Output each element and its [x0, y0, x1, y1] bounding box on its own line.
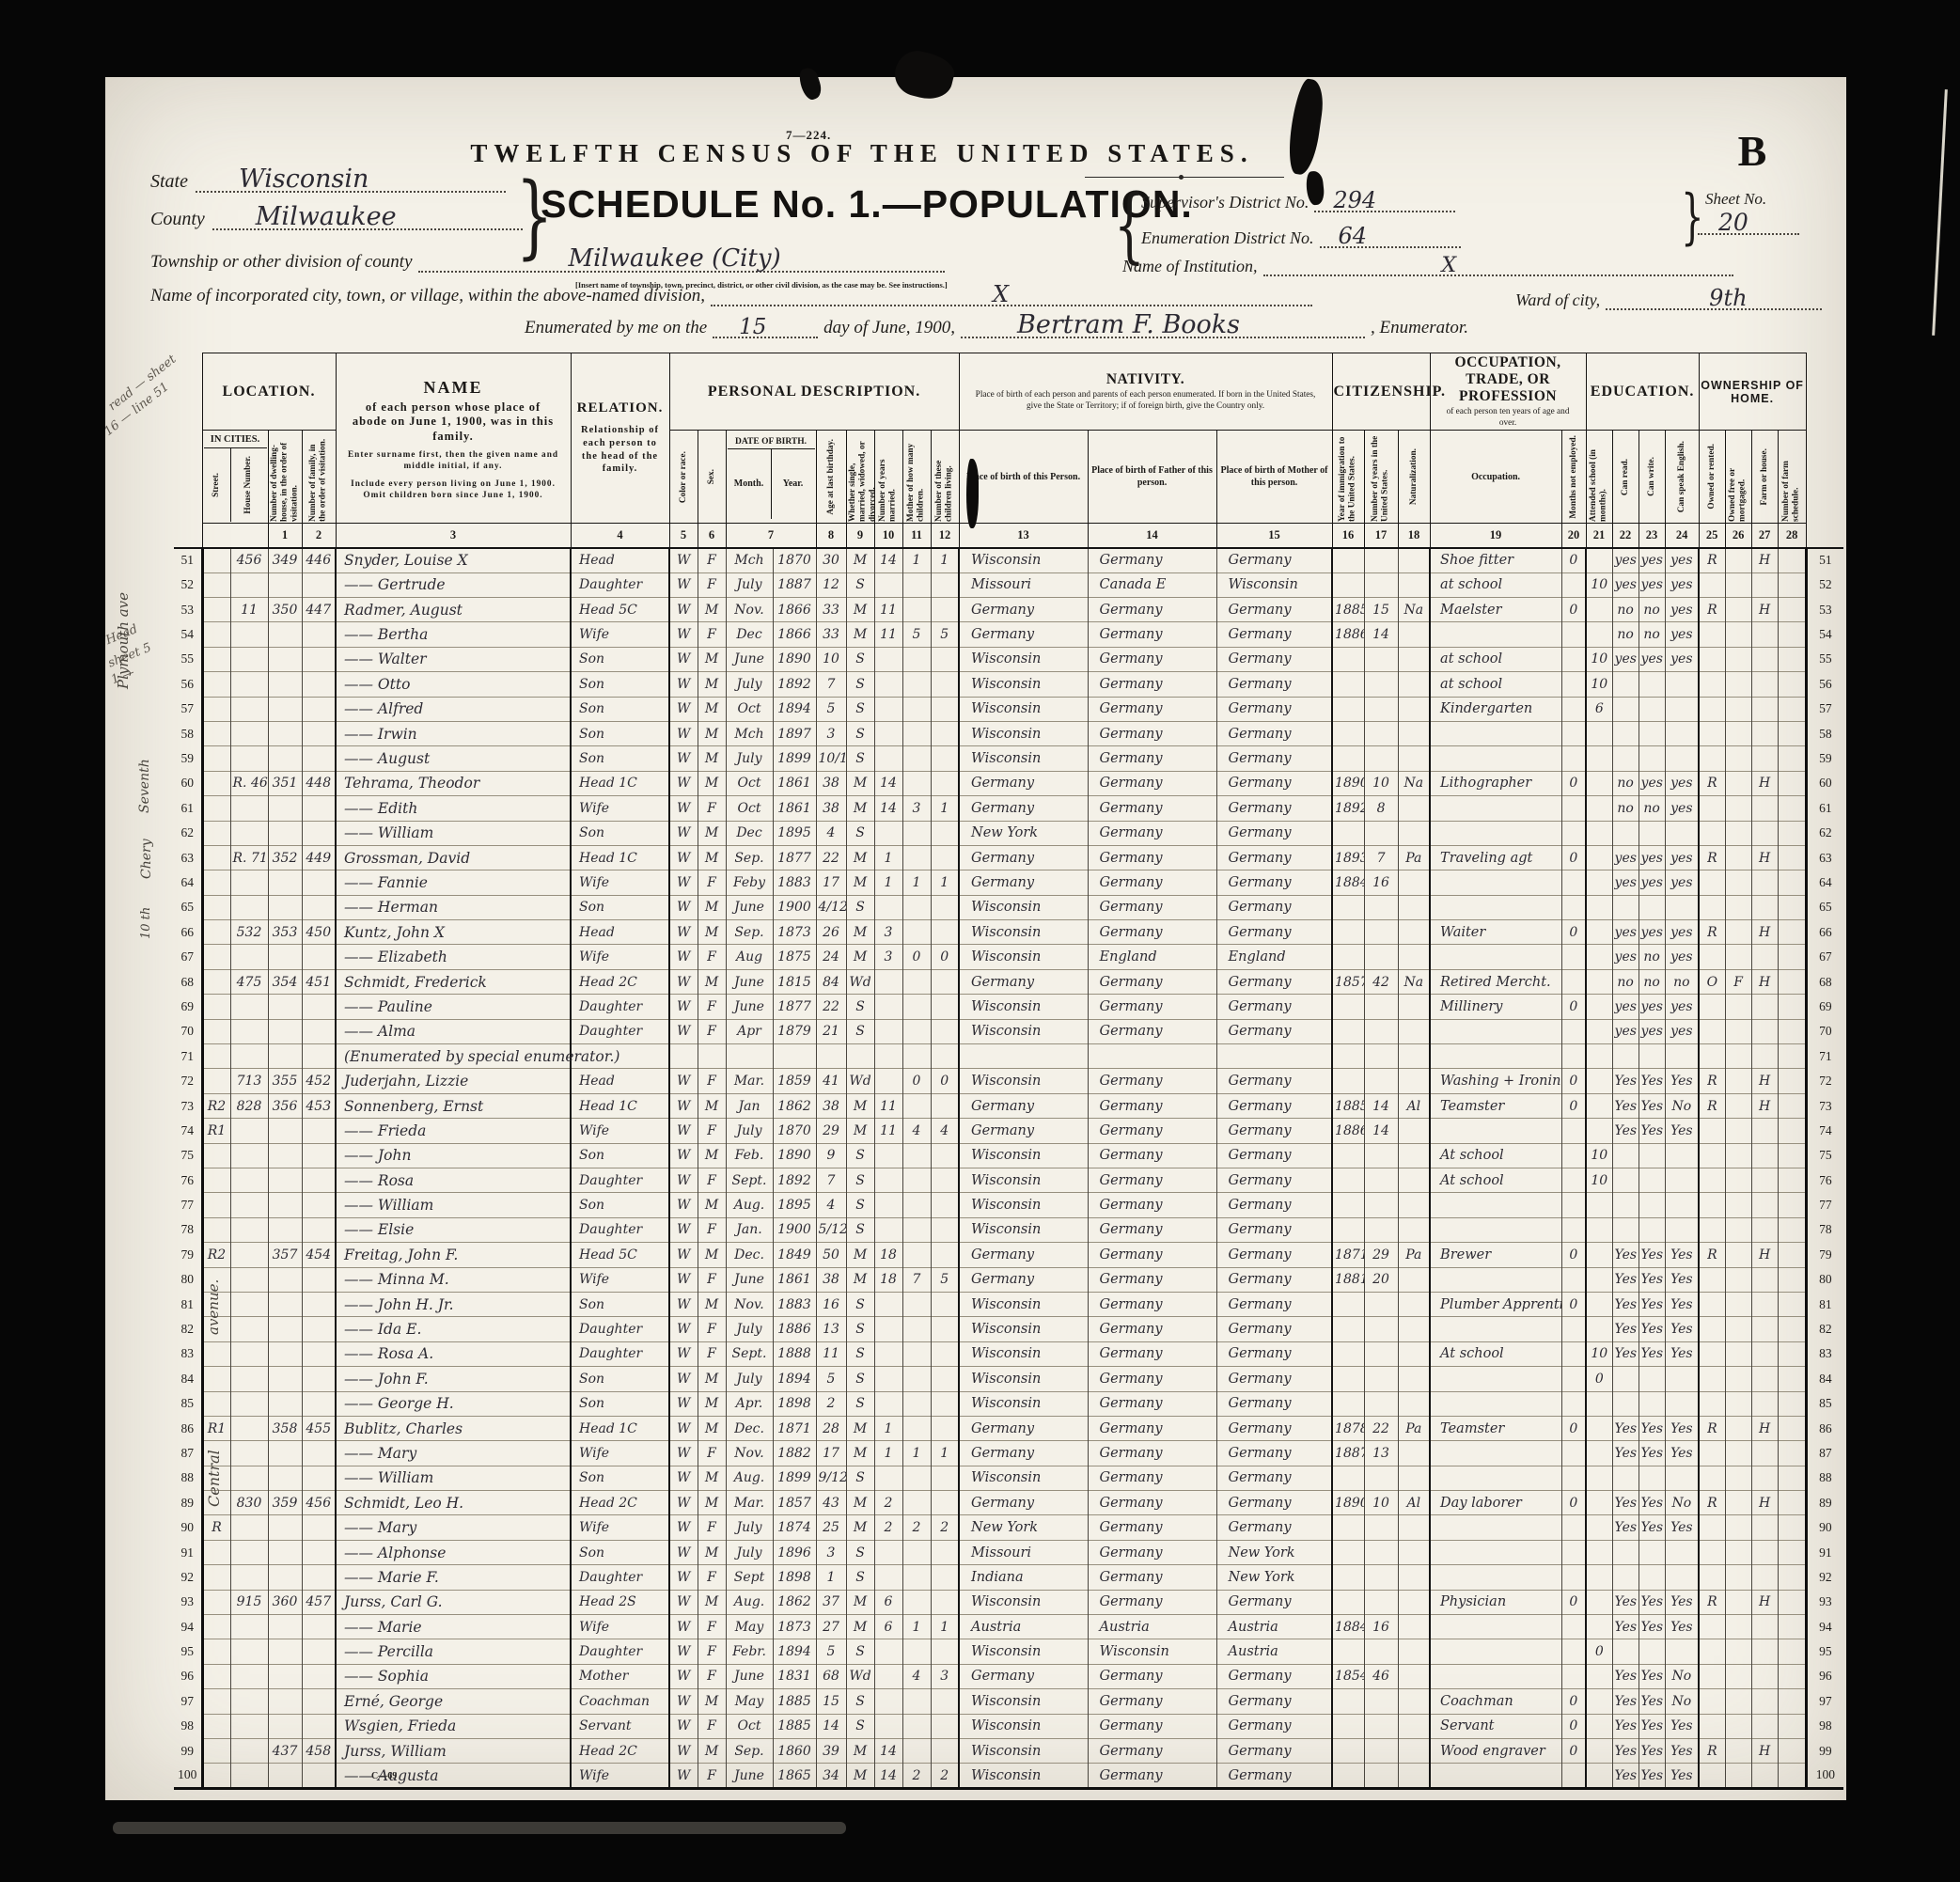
cell-cr: W [669, 1615, 698, 1639]
cell-rl: Daughter [571, 1317, 669, 1341]
cell-pm: England [1216, 945, 1332, 969]
cell-en: yes [1665, 870, 1699, 895]
cell-wr [1639, 1367, 1665, 1391]
cell-cr: W [669, 1590, 698, 1614]
cell-oc: at school [1430, 572, 1561, 597]
cell-ln: 100 [1806, 1764, 1843, 1788]
cell-yu: 46 [1364, 1664, 1398, 1688]
cell-ym [874, 995, 902, 1019]
cell-pb: Germany [959, 1416, 1088, 1440]
cell-hn [230, 1714, 268, 1738]
cell-pm: Germany [1216, 1441, 1332, 1466]
cell-oc: Waiter [1430, 920, 1561, 945]
cell-or [1699, 1292, 1725, 1316]
enumeration-district-line: 64 [1320, 227, 1461, 248]
cell-im: 1893 [1332, 845, 1364, 870]
cell-mc [902, 969, 931, 994]
cell-pb: Wisconsin [959, 746, 1088, 771]
cell-ym: 1 [874, 1441, 902, 1466]
cell-mo: June [726, 1664, 773, 1688]
table-row: 72713355452Juderjahn, LizzieHeadWFMar.18… [174, 1069, 1843, 1093]
census-rows: 51456349446Snyder, Louise XHeadWFMch1870… [174, 548, 1843, 1789]
cell-na [1398, 1441, 1430, 1466]
cell-ym [874, 1069, 902, 1093]
cell-nm: —— William [336, 821, 571, 845]
cell-wr [1639, 1466, 1665, 1490]
institution-line: X [1263, 256, 1733, 276]
cell-mo: Nov. [726, 598, 773, 622]
cell-of [1725, 1540, 1751, 1564]
cell-or [1699, 1367, 1725, 1391]
cell-pm: Germany [1216, 1143, 1332, 1168]
cell-ln: 73 [174, 1093, 202, 1118]
cell-en: yes [1665, 771, 1699, 795]
cell-ln: 74 [1806, 1119, 1843, 1143]
cell-ln: 96 [1806, 1664, 1843, 1688]
cell-ns [1778, 1267, 1806, 1292]
cell-ln: 70 [174, 1019, 202, 1043]
cell-wr: Yes [1639, 1615, 1665, 1639]
incorporated-city-value: X [993, 281, 1009, 307]
cell-or [1699, 672, 1725, 697]
cell-ln: 89 [174, 1491, 202, 1515]
cell-pf [1088, 1044, 1216, 1069]
cell-im: 1884 [1332, 1615, 1364, 1639]
cell-rl: Daughter [571, 1168, 669, 1192]
cell-yu [1364, 1515, 1398, 1540]
cell-rd: Yes [1612, 1738, 1639, 1763]
cell-oc: Teamster [1430, 1093, 1561, 1118]
cell-pf: Germany [1088, 1689, 1216, 1714]
table-row: 88—— WilliamSonWMAug.18999/12SWisconsinG… [174, 1466, 1843, 1490]
township-field: Township or other division of county Mil… [150, 252, 945, 273]
cell-ln: 89 [1806, 1491, 1843, 1515]
cell-hn [230, 1243, 268, 1267]
cell-cr: W [669, 1243, 698, 1267]
cell-en: yes [1665, 647, 1699, 671]
cell-rd: no [1612, 598, 1639, 622]
cell-rl: Son [571, 672, 669, 697]
cell-na [1398, 746, 1430, 771]
cell-fh [1751, 572, 1778, 597]
cell-mu: 0 [1561, 1689, 1586, 1714]
cell-rl: Head [571, 1069, 669, 1093]
cell-yr: 1898 [773, 1565, 816, 1590]
cell-ln: 62 [1806, 821, 1843, 845]
cell-fm: 446 [302, 548, 336, 572]
cell-cr: W [669, 1664, 698, 1688]
cell-or: R [1699, 1590, 1725, 1614]
cell-st [202, 920, 230, 945]
nativity-note: Place of birth of each person and parent… [961, 388, 1331, 412]
cell-as [1586, 1590, 1612, 1614]
table-row: 98Wsgien, FriedaServantWFOct188514SWisco… [174, 1714, 1843, 1738]
cell-hn [230, 1466, 268, 1490]
cell-rl: Son [571, 1193, 669, 1217]
cell-mo: Aug. [726, 1466, 773, 1490]
cell-im [1332, 1540, 1364, 1564]
cell-rd: Yes [1612, 1615, 1639, 1639]
cell-yr: 1862 [773, 1590, 816, 1614]
cell-st [202, 697, 230, 721]
cell-hn [230, 1391, 268, 1416]
cell-en: Yes [1665, 1069, 1699, 1093]
cell-wr: no [1639, 945, 1665, 969]
cell-hn [230, 672, 268, 697]
cell-nm: —— Percilla [336, 1639, 571, 1664]
cell-mo: June [726, 895, 773, 919]
cell-mo: Dec [726, 821, 773, 845]
cell-of [1725, 1093, 1751, 1118]
cell-ln: 88 [174, 1466, 202, 1490]
cell-or [1699, 870, 1725, 895]
cell-fm: 453 [302, 1093, 336, 1118]
cell-fm [302, 721, 336, 745]
cell-fm [302, 995, 336, 1019]
cell-rd [1612, 1639, 1639, 1664]
cell-st [202, 895, 230, 919]
cell-im [1332, 746, 1364, 771]
cell-na [1398, 1292, 1430, 1316]
cell-ms: M [846, 1441, 874, 1466]
cell-wr [1639, 1168, 1665, 1192]
cell-of: F [1725, 969, 1751, 994]
cell-en: Yes [1665, 1292, 1699, 1316]
cell-wr: no [1639, 622, 1665, 647]
cell-pm: Germany [1216, 647, 1332, 671]
cell-cl [931, 920, 959, 945]
free-mortgaged-header: Owned free or mortgaged. [1725, 431, 1751, 524]
cell-ym: 14 [874, 796, 902, 821]
cell-im [1332, 1590, 1364, 1614]
cell-na [1398, 1367, 1430, 1391]
cell-oc [1430, 1217, 1561, 1242]
county-field: County Milwaukee [150, 209, 523, 230]
table-row: 91—— AlphonseSonWMJuly18963SMissouriGerm… [174, 1540, 1843, 1564]
cell-rd: yes [1612, 647, 1639, 671]
cell-yu: 42 [1364, 969, 1398, 994]
cell-cl [931, 1491, 959, 1515]
cell-dw: 354 [268, 969, 302, 994]
cell-ym: 14 [874, 548, 902, 572]
ward-line: 9th [1606, 290, 1822, 310]
cell-rl: Wife [571, 796, 669, 821]
cell-sx: M [698, 1367, 726, 1391]
cell-rl: Wife [571, 622, 669, 647]
cell-mu [1561, 746, 1586, 771]
cell-ym: 14 [874, 1738, 902, 1763]
cell-yr: 1849 [773, 1243, 816, 1267]
cell-mo: Jan. [726, 1217, 773, 1242]
cell-yr: 1831 [773, 1664, 816, 1688]
cell-sx: M [698, 746, 726, 771]
cell-or [1699, 945, 1725, 969]
sheet-line: 20 [1698, 214, 1799, 235]
cell-im [1332, 995, 1364, 1019]
cell-dw [268, 647, 302, 671]
cell-ln: 56 [1806, 672, 1843, 697]
cell-en: Yes [1665, 1416, 1699, 1440]
cell-ym [874, 969, 902, 994]
cell-rl: Wife [571, 1119, 669, 1143]
cell-pb: Wisconsin [959, 920, 1088, 945]
cell-fh [1751, 995, 1778, 1019]
cell-na [1398, 1615, 1430, 1639]
cell-of [1725, 1615, 1751, 1639]
cell-as [1586, 1664, 1612, 1688]
group-location: LOCATION. [202, 353, 336, 431]
cell-ln: 83 [174, 1341, 202, 1366]
cell-wr [1639, 1044, 1665, 1069]
cell-pm: Germany [1216, 1341, 1332, 1366]
cell-yu [1364, 746, 1398, 771]
cell-mo: June [726, 647, 773, 671]
cell-dw [268, 1317, 302, 1341]
cell-as: 0 [1586, 1639, 1612, 1664]
cell-ms: S [846, 1292, 874, 1316]
cell-ms: M [846, 1243, 874, 1267]
relation-title: RELATION. [572, 400, 668, 416]
cell-mu [1561, 1367, 1586, 1391]
cell-or [1699, 1119, 1725, 1143]
sex-header: Sex. [698, 431, 726, 524]
table-row: 65—— HermanSonWMJune19004/12SWisconsinGe… [174, 895, 1843, 919]
cell-oc [1430, 821, 1561, 845]
table-row: 95—— PercillaDaughterWFFebr.18945SWiscon… [174, 1639, 1843, 1664]
cell-fh [1751, 1044, 1778, 1069]
cell-or: R [1699, 1243, 1725, 1267]
table-row: 96—— SophiaMotherWFJune183168Wd43Germany… [174, 1664, 1843, 1688]
cell-sx: M [698, 721, 726, 745]
cell-yu: 10 [1364, 771, 1398, 795]
cell-yr: 1865 [773, 1764, 816, 1788]
cell-cr: W [669, 1143, 698, 1168]
cell-yr: 1866 [773, 598, 816, 622]
cell-ln: 57 [174, 697, 202, 721]
cell-ln: 59 [1806, 746, 1843, 771]
cell-ns [1778, 1738, 1806, 1763]
cell-pm: Germany [1216, 1416, 1332, 1440]
cell-en: Yes [1665, 1590, 1699, 1614]
cell-hn [230, 1540, 268, 1564]
cell-nm: (Enumerated by special enumerator.) [336, 1044, 571, 1069]
cell-yr: 1874 [773, 1515, 816, 1540]
cell-yr: 1892 [773, 1168, 816, 1192]
cell-ym: 11 [874, 598, 902, 622]
cell-ag: 25 [816, 1515, 846, 1540]
cell-of [1725, 647, 1751, 671]
cell-cl [931, 1540, 959, 1564]
group-education: EDUCATION. [1586, 353, 1699, 431]
cell-cl [931, 1689, 959, 1714]
cell-yr: 1877 [773, 845, 816, 870]
cell-or [1699, 1466, 1725, 1490]
cell-oc: Washing + Ironing [1430, 1069, 1561, 1093]
cell-pb: New York [959, 821, 1088, 845]
cell-pm: Germany [1216, 1168, 1332, 1192]
cell-en [1665, 1639, 1699, 1664]
cell-oc: Servant [1430, 1714, 1561, 1738]
cell-ns [1778, 1491, 1806, 1515]
cell-rl: Son [571, 721, 669, 745]
cell-ag: 9/12 [816, 1466, 846, 1490]
cell-sx: M [698, 1738, 726, 1763]
cell-sx: M [698, 1491, 726, 1515]
cell-wr: Yes [1639, 1243, 1665, 1267]
cell-cr: W [669, 796, 698, 821]
cell-fm: 450 [302, 920, 336, 945]
cell-as [1586, 771, 1612, 795]
cell-fh [1751, 1367, 1778, 1391]
cell-mu [1561, 821, 1586, 845]
cell-fh [1751, 1540, 1778, 1564]
cell-pf: Germany [1088, 1565, 1216, 1590]
cell-of [1725, 1441, 1751, 1466]
table-row: 86R1358455Bublitz, CharlesHead 1CWMDec.1… [174, 1416, 1843, 1440]
cell-or [1699, 821, 1725, 845]
cell-rl: Son [571, 697, 669, 721]
cell-mo: Feb. [726, 1143, 773, 1168]
cell-wr: Yes [1639, 1093, 1665, 1118]
cell-yr: 1859 [773, 1069, 816, 1093]
cell-pf: Germany [1088, 1515, 1216, 1540]
cell-yr: 1894 [773, 697, 816, 721]
cell-oc [1430, 1019, 1561, 1043]
cell-sx: M [698, 920, 726, 945]
cell-hn: 456 [230, 548, 268, 572]
cell-ag: 27 [816, 1615, 846, 1639]
cell-yu [1364, 1714, 1398, 1738]
cell-ag: 7 [816, 672, 846, 697]
cell-mc: 7 [902, 1267, 931, 1292]
cell-sx: M [698, 1689, 726, 1714]
cell-ag: 39 [816, 1738, 846, 1763]
cell-yu [1364, 1069, 1398, 1093]
cell-cl: 1 [931, 870, 959, 895]
cell-of [1725, 1714, 1751, 1738]
cell-of [1725, 1565, 1751, 1590]
cell-wr: Yes [1639, 1714, 1665, 1738]
cell-as [1586, 920, 1612, 945]
cell-mu [1561, 796, 1586, 821]
cell-rl: Son [571, 1466, 669, 1490]
cell-oc: Traveling agt [1430, 845, 1561, 870]
cell-of [1725, 548, 1751, 572]
cell-fm [302, 1217, 336, 1242]
table-row: 70—— AlmaDaughterWFApr187921SWisconsinGe… [174, 1019, 1843, 1043]
cell-en: Yes [1665, 1714, 1699, 1738]
township-line: Milwaukee (City) [418, 252, 945, 273]
cell-ms: S [846, 721, 874, 745]
cell-pf: Germany [1088, 1093, 1216, 1118]
cell-ln: 55 [174, 647, 202, 671]
color-race-header: Color or race. [669, 431, 698, 524]
cell-mc [902, 1639, 931, 1664]
cell-ln: 54 [1806, 622, 1843, 647]
cell-ag: 5/12 [816, 1217, 846, 1242]
cell-oc [1430, 895, 1561, 919]
ward-value: 9th [1709, 285, 1747, 311]
birth-month-header: Month. [728, 449, 771, 519]
cell-im [1332, 1764, 1364, 1788]
cell-ag: 12 [816, 572, 846, 597]
cell-rl: Son [571, 1540, 669, 1564]
cell-fm [302, 1714, 336, 1738]
cell-ns [1778, 746, 1806, 771]
cell-pf: Germany [1088, 845, 1216, 870]
street-annotation: Seventh [137, 750, 152, 822]
cell-mo: June [726, 969, 773, 994]
mother-of-children-header: Mother of how many children. [902, 431, 931, 524]
cell-of [1725, 1764, 1751, 1788]
cell-yr: 1896 [773, 1540, 816, 1564]
cell-ln: 65 [174, 895, 202, 919]
cell-cl: 1 [931, 1441, 959, 1466]
table-row: 54—— BerthaWifeWFDec186633M1155GermanyGe… [174, 622, 1843, 647]
cell-as [1586, 721, 1612, 745]
cell-rl: Head [571, 548, 669, 572]
cell-yu [1364, 721, 1398, 745]
table-row: 78—— ElsieDaughterWFJan.19005/12SWiscons… [174, 1217, 1843, 1242]
cell-or: R [1699, 1069, 1725, 1093]
cell-fh [1751, 647, 1778, 671]
cell-ms: S [846, 1540, 874, 1564]
cell-or [1699, 1540, 1725, 1564]
cell-fh: H [1751, 598, 1778, 622]
cell-mo: June [726, 1267, 773, 1292]
census-sheet: 7—224. TWELFTH CENSUS OF THE UNITED STAT… [105, 77, 1846, 1800]
cell-im [1332, 1689, 1364, 1714]
cell-pf: Germany [1088, 920, 1216, 945]
cell-ag: 5 [816, 1367, 846, 1391]
group-relation: RELATION. Relationship of each person to… [571, 353, 669, 524]
cell-ns [1778, 572, 1806, 597]
cell-na [1398, 1639, 1430, 1664]
cell-dw [268, 672, 302, 697]
cell-mu [1561, 1515, 1586, 1540]
cell-hn: 11 [230, 598, 268, 622]
cell-ym: 11 [874, 1119, 902, 1143]
sheet-field: 20 [1698, 214, 1799, 235]
cell-of [1725, 1292, 1751, 1316]
cell-mo: Feby [726, 870, 773, 895]
cell-en [1665, 821, 1699, 845]
cell-en [1665, 697, 1699, 721]
cell-ag: 14 [816, 1714, 846, 1738]
cell-ln: 58 [1806, 721, 1843, 745]
cell-wr [1639, 672, 1665, 697]
cell-mu: 0 [1561, 995, 1586, 1019]
cell-of [1725, 1416, 1751, 1440]
cell-ln: 99 [1806, 1738, 1843, 1763]
table-row: 87—— MaryWifeWFNov.188217M111GermanyGerm… [174, 1441, 1843, 1466]
cell-cr [669, 1044, 698, 1069]
cell-fm: 451 [302, 969, 336, 994]
cell-hn [230, 1441, 268, 1466]
cell-or [1699, 1664, 1725, 1688]
cell-wr: yes [1639, 995, 1665, 1019]
cell-oc: Kindergarten [1430, 697, 1561, 721]
cell-nm: —— Irwin [336, 721, 571, 745]
cell-pb: Germany [959, 622, 1088, 647]
cell-na [1398, 1391, 1430, 1416]
cell-en [1665, 1540, 1699, 1564]
cell-rl: Head 5C [571, 1243, 669, 1267]
township-label: Township or other division of county [150, 252, 413, 273]
cell-mc: 1 [902, 548, 931, 572]
cell-yu: 16 [1364, 1615, 1398, 1639]
cell-mo: May [726, 1615, 773, 1639]
